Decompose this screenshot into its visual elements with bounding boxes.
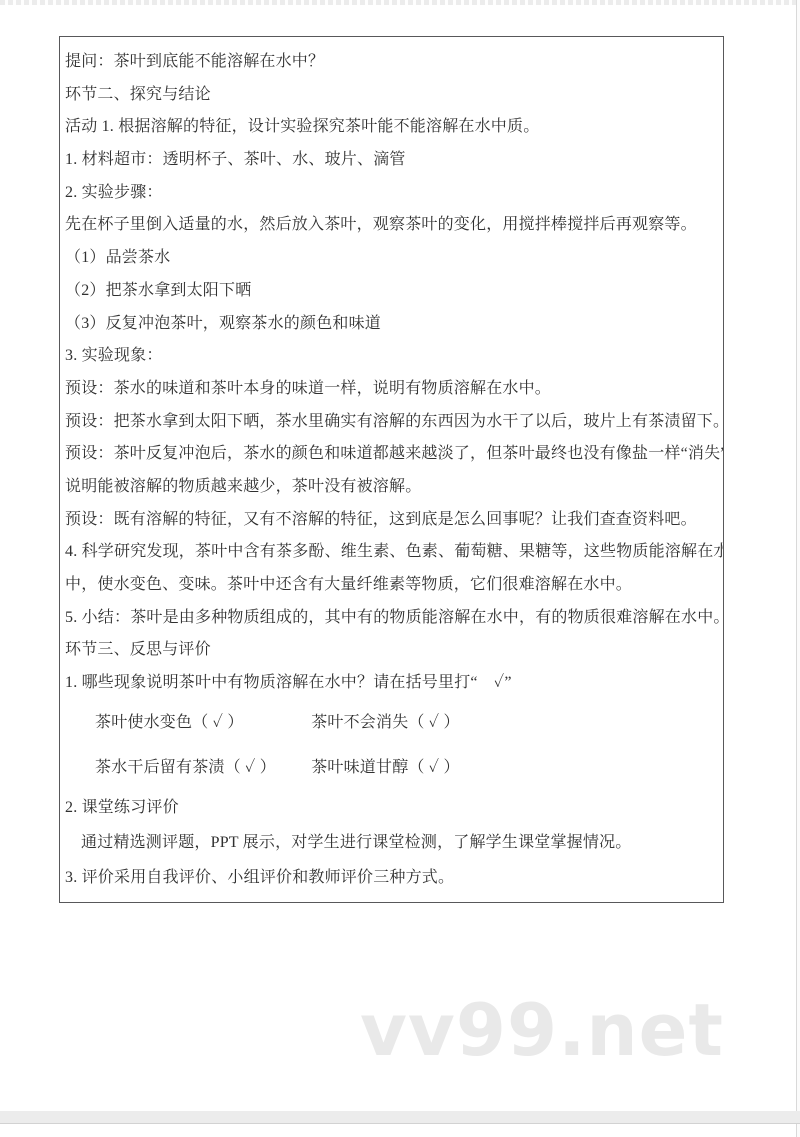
- check-item-vanish: 茶叶不会消失（ ✓ ）: [311, 714, 460, 731]
- top-dashed-artifact: [0, 0, 800, 5]
- text-line-question: 提问：茶叶到底能不能溶解在水中？: [65, 46, 723, 79]
- text-line-section2: 环节二、探究与结论: [65, 79, 723, 112]
- text-line-step3: （3）反复冲泡茶叶，观察茶水的颜色和味道: [65, 308, 723, 341]
- watermark: vv99.net: [360, 988, 724, 1072]
- text-line-preset3b: 说明能被溶解的物质越来越少，茶叶没有被溶解。: [65, 471, 723, 504]
- text-line-step1: （1）品尝茶水: [65, 242, 723, 275]
- text-line-activity1: 活动 1. 根据溶解的特征，设计实验探究茶叶能不能溶解在水中质。: [65, 111, 723, 144]
- text-line-evaluation: 3. 评价采用自我评价、小组评价和教师评价三种方式。: [65, 860, 723, 895]
- text-line-practice-desc: 通过精选测评题，PPT 展示，对学生进行课堂检测，了解学生课堂掌握情况。: [65, 825, 723, 860]
- text-line-section3: 环节三、反思与评价: [65, 634, 723, 667]
- text-line-science-b: 中，使水变色、变味。茶叶中还含有大量纤维素等物质，它们很难溶解在水中。: [65, 569, 723, 602]
- text-line-step2: （2）把茶水拿到太阳下晒: [65, 275, 723, 308]
- page-separator-band: [0, 1111, 800, 1124]
- text-line-science-a: 4. 科学研究发现，茶叶中含有茶多酚、维生素、色素、葡萄糖、果糖等，这些物质能溶…: [65, 536, 723, 569]
- text-line-steps-title: 2. 实验步骤：: [65, 177, 723, 210]
- text-line-preset4: 预设：既有溶解的特征，又有不溶解的特征，这到底是怎么回事呢？让我们查查资料吧。: [65, 504, 723, 537]
- lesson-plan-table-cell: 提问：茶叶到底能不能溶解在水中？ 环节二、探究与结论 活动 1. 根据溶解的特征…: [59, 36, 724, 903]
- text-line-phenomena: 3. 实验现象：: [65, 340, 723, 373]
- text-line-preset2: 预设：把茶水拿到太阳下晒，茶水里确实有溶解的东西因为水干了以后，玻片上有茶渍留下…: [65, 406, 723, 439]
- text-line-summary: 5. 小结：茶叶是由多种物质组成的，其中有的物质能溶解在水中，有的物质很难溶解在…: [65, 602, 723, 635]
- page-right-edge-line: [796, 0, 797, 1137]
- check-item-residue: 茶水干后留有茶渍（ ✓ ）: [95, 745, 307, 790]
- check-row-2: 茶水干后留有茶渍（ ✓ ） 茶叶味道甘醇（ ✓ ）: [65, 745, 723, 790]
- check-item-color: 茶叶使水变色（ ✓ ）: [95, 700, 307, 745]
- check-row-1: 茶叶使水变色（ ✓ ） 茶叶不会消失（ ✓ ）: [65, 700, 723, 745]
- text-line-preset1: 预设：茶水的味道和茶叶本身的味道一样，说明有物质溶解在水中。: [65, 373, 723, 406]
- text-line-practice-title: 2. 课堂练习评价: [65, 790, 723, 825]
- check-item-taste: 茶叶味道甘醇（ ✓ ）: [311, 759, 460, 776]
- text-line-preset3a: 预设：茶叶反复冲泡后，茶水的颜色和味道都越来越淡了，但茶叶最终也没有像盐一样“消…: [65, 438, 723, 471]
- text-line-steps-desc: 先在杯子里倒入适量的水，然后放入茶叶，观察茶叶的变化，用搅拌棒搅拌后再观察等。: [65, 209, 723, 242]
- text-line-quiz-prompt: 1. 哪些现象说明茶叶中有物质溶解在水中？请在括号里打“ ✓”: [65, 667, 723, 700]
- text-line-materials: 1. 材料超市：透明杯子、茶叶、水、玻片、滴管: [65, 144, 723, 177]
